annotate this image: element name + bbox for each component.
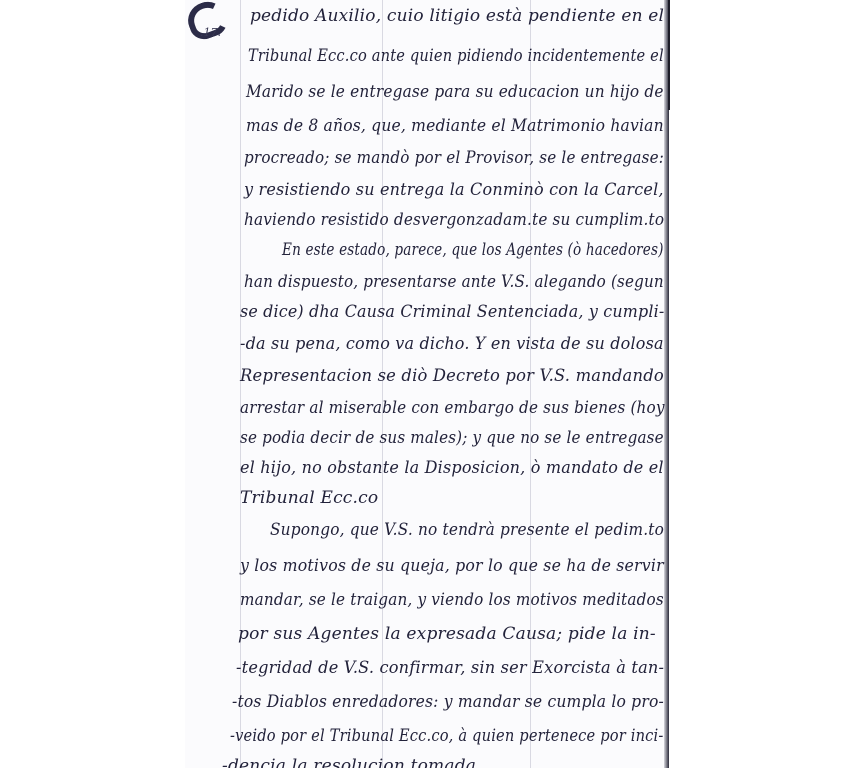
text-line: En este estado, parece, que los Agentes … xyxy=(282,240,664,260)
text-line: han dispuesto, presentarse ante V.S. ale… xyxy=(244,272,664,292)
text-line: pedido Auxilio, cuio litigio està pendie… xyxy=(250,6,664,26)
text-line: Tribunal Ecc.co xyxy=(240,488,378,508)
text-line: -da su pena, como va dicho. Y en vista d… xyxy=(240,334,664,354)
text-line: el hijo, no obstante la Disposicion, ò m… xyxy=(240,458,664,478)
text-line: por sus Agentes la expresada Causa; pide… xyxy=(238,624,656,644)
text-line: Representacion se diò Decreto por V.S. m… xyxy=(240,366,664,386)
text-line: mas de 8 años, que, mediante el Matrimon… xyxy=(246,116,664,136)
text-line: y los motivos de su queja, por lo que se… xyxy=(240,556,664,576)
page-binding-shadow xyxy=(668,0,670,110)
text-line: mandar, se le traigan, y viendo los moti… xyxy=(240,590,664,610)
text-line: -tegridad de V.S. confirmar, sin ser Exo… xyxy=(236,658,664,678)
text-line: Tribunal Ecc.co ante quien pidiendo inci… xyxy=(248,46,664,66)
page-binding-edge xyxy=(664,0,669,768)
text-line: procreado; se mandò por el Provisor, se … xyxy=(244,148,664,168)
text-line: Marido se le entregase para su educacion… xyxy=(246,82,664,102)
text-line: arrestar al miserable con embargo de sus… xyxy=(240,398,665,418)
text-line: se dice) dha Causa Criminal Sentenciada,… xyxy=(240,302,664,322)
text-line: y resistiendo su entrega la Conminò con … xyxy=(244,180,664,200)
text-line: Supongo, que V.S. no tendrà presente el … xyxy=(270,520,664,540)
folio-number: .17. xyxy=(200,26,221,39)
text-line: haviendo resistido desvergonzadam.te su … xyxy=(244,210,664,230)
text-line: se podia decir de sus males); y que no s… xyxy=(240,428,664,448)
text-line: -veido por el Tribunal Ecc.co, à quien p… xyxy=(230,726,664,746)
text-line: -tos Diablos enredadores: y mandar se cu… xyxy=(232,692,664,712)
text-line: -dencia la resolucion tomada. xyxy=(222,756,482,768)
